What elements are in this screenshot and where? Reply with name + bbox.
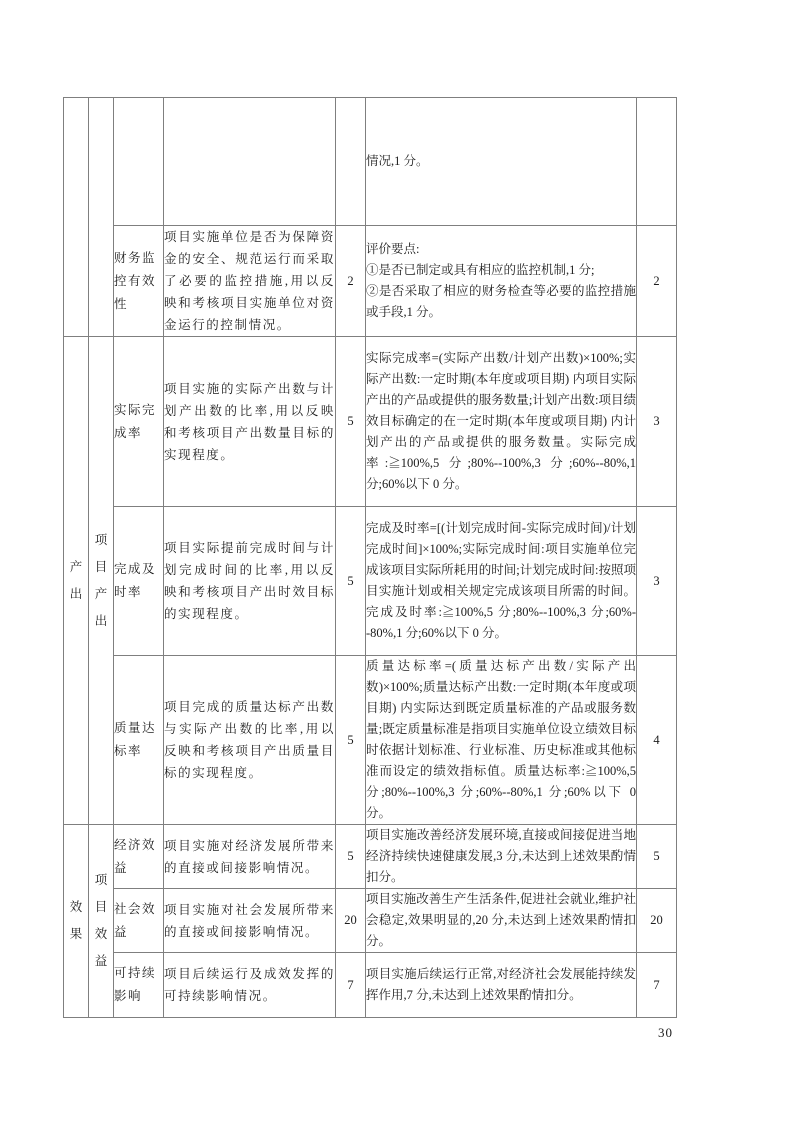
score-cell: 3: [637, 337, 677, 507]
score-cell: [637, 98, 677, 226]
evaluation-table: 情况,1 分。 财务监控有效性 项目实施单位是否为保障资金的安全、规范运行而采取…: [63, 97, 677, 1018]
indicator-name-cell: 社会效益: [114, 889, 164, 953]
indicator-description-cell: 项目实施对经济发展所带来的直接或间接影响情况。: [164, 825, 336, 889]
subcategory-cell-top: [89, 98, 114, 337]
document-page: 情况,1 分。 财务监控有效性 项目实施单位是否为保障资金的安全、规范运行而采取…: [0, 0, 793, 1122]
criteria-cell: 项目实施后续运行正常,对经济社会发展能持续发挥作用,7 分,未达到上述效果酌情扣…: [366, 953, 637, 1018]
criteria-cell: 情况,1 分。: [366, 98, 637, 226]
indicator-name-cell: 可持续影响: [114, 953, 164, 1018]
score-cell: 4: [637, 656, 677, 825]
indicator-description-cell: 项目实际提前完成时间与计划完成时间的比率,用以反映和考核项目产出时效目标的实现程…: [164, 507, 336, 656]
points-cell: 7: [336, 953, 366, 1018]
criteria-cell: 完成及时率=[(计划完成时间-实际完成时间)/计划完成时间]×100%;实际完成…: [366, 507, 637, 656]
points-cell: 2: [336, 226, 366, 337]
table-row: 社会效益 项目实施对社会发展所带来的直接或间接影响情况。 20 项目实施改善生产…: [64, 889, 677, 953]
category-cell-output: 产出: [64, 337, 89, 825]
indicator-description-cell: 项目后续运行及成效发挥的可持续影响情况。: [164, 953, 336, 1018]
indicator-description-cell: 项目实施的实际产出数与计划产出数的比率,用以反映和考核项目产出数量目标的实现程度…: [164, 337, 336, 507]
indicator-name-cell: [114, 98, 164, 226]
table-row: 财务监控有效性 项目实施单位是否为保障资金的安全、规范运行而采取了必要的监控措施…: [64, 226, 677, 337]
criteria-cell: 实际完成率=(实际产出数/计划产出数)×100%;实际产出数:一定时期(本年度或…: [366, 337, 637, 507]
criteria-cell: 质量达标率=(质量达标产出数/实际产出数)×100%;质量达标产出数:一定时期(…: [366, 656, 637, 825]
category-cell-effect: 效果: [64, 825, 89, 1018]
table-row: 完成及时率 项目实际提前完成时间与计划完成时间的比率,用以反映和考核项目产出时效…: [64, 507, 677, 656]
subcategory-cell-output: 项目产出: [89, 337, 114, 825]
indicator-description-cell: 项目完成的质量达标产出数与实际产出数的比率,用以反映和考核项目产出质量目标的实现…: [164, 656, 336, 825]
indicator-description-cell: [164, 98, 336, 226]
table-row: 可持续影响 项目后续运行及成效发挥的可持续影响情况。 7 项目实施后续运行正常,…: [64, 953, 677, 1018]
score-cell: 2: [637, 226, 677, 337]
score-cell: 5: [637, 825, 677, 889]
points-cell: 20: [336, 889, 366, 953]
points-cell: [336, 98, 366, 226]
indicator-name-cell: 实际完成率: [114, 337, 164, 507]
points-cell: 5: [336, 825, 366, 889]
criteria-cell: 项目实施改善生产生活条件,促进社会就业,维护社会稳定,效果明显的,20 分,未达…: [366, 889, 637, 953]
points-cell: 5: [336, 507, 366, 656]
indicator-description-cell: 项目实施单位是否为保障资金的安全、规范运行而采取了必要的监控措施,用以反映和考核…: [164, 226, 336, 337]
category-cell-top: [64, 98, 89, 337]
subcategory-cell-effect: 项目效益: [89, 825, 114, 1018]
points-cell: 5: [336, 337, 366, 507]
score-cell: 20: [637, 889, 677, 953]
table-row: 情况,1 分。: [64, 98, 677, 226]
indicator-name-cell: 质量达标率: [114, 656, 164, 825]
score-cell: 3: [637, 507, 677, 656]
criteria-cell: 项目实施改善经济发展环境,直接或间接促进当地经济持续快速健康发展,3 分,未达到…: [366, 825, 637, 889]
criteria-cell: 评价要点: ①是否已制定或具有相应的监控机制,1 分; ②是否采取了相应的财务检…: [366, 226, 637, 337]
page-number: 30: [658, 1025, 673, 1041]
table-row: 效果 项目效益 经济效益 项目实施对经济发展所带来的直接或间接影响情况。 5 项…: [64, 825, 677, 889]
indicator-description-cell: 项目实施对社会发展所带来的直接或间接影响情况。: [164, 889, 336, 953]
points-cell: 5: [336, 656, 366, 825]
score-cell: 7: [637, 953, 677, 1018]
indicator-name-cell: 完成及时率: [114, 507, 164, 656]
indicator-name-cell: 财务监控有效性: [114, 226, 164, 337]
table-row: 质量达标率 项目完成的质量达标产出数与实际产出数的比率,用以反映和考核项目产出质…: [64, 656, 677, 825]
table-row: 产出 项目产出 实际完成率 项目实施的实际产出数与计划产出数的比率,用以反映和考…: [64, 337, 677, 507]
indicator-name-cell: 经济效益: [114, 825, 164, 889]
